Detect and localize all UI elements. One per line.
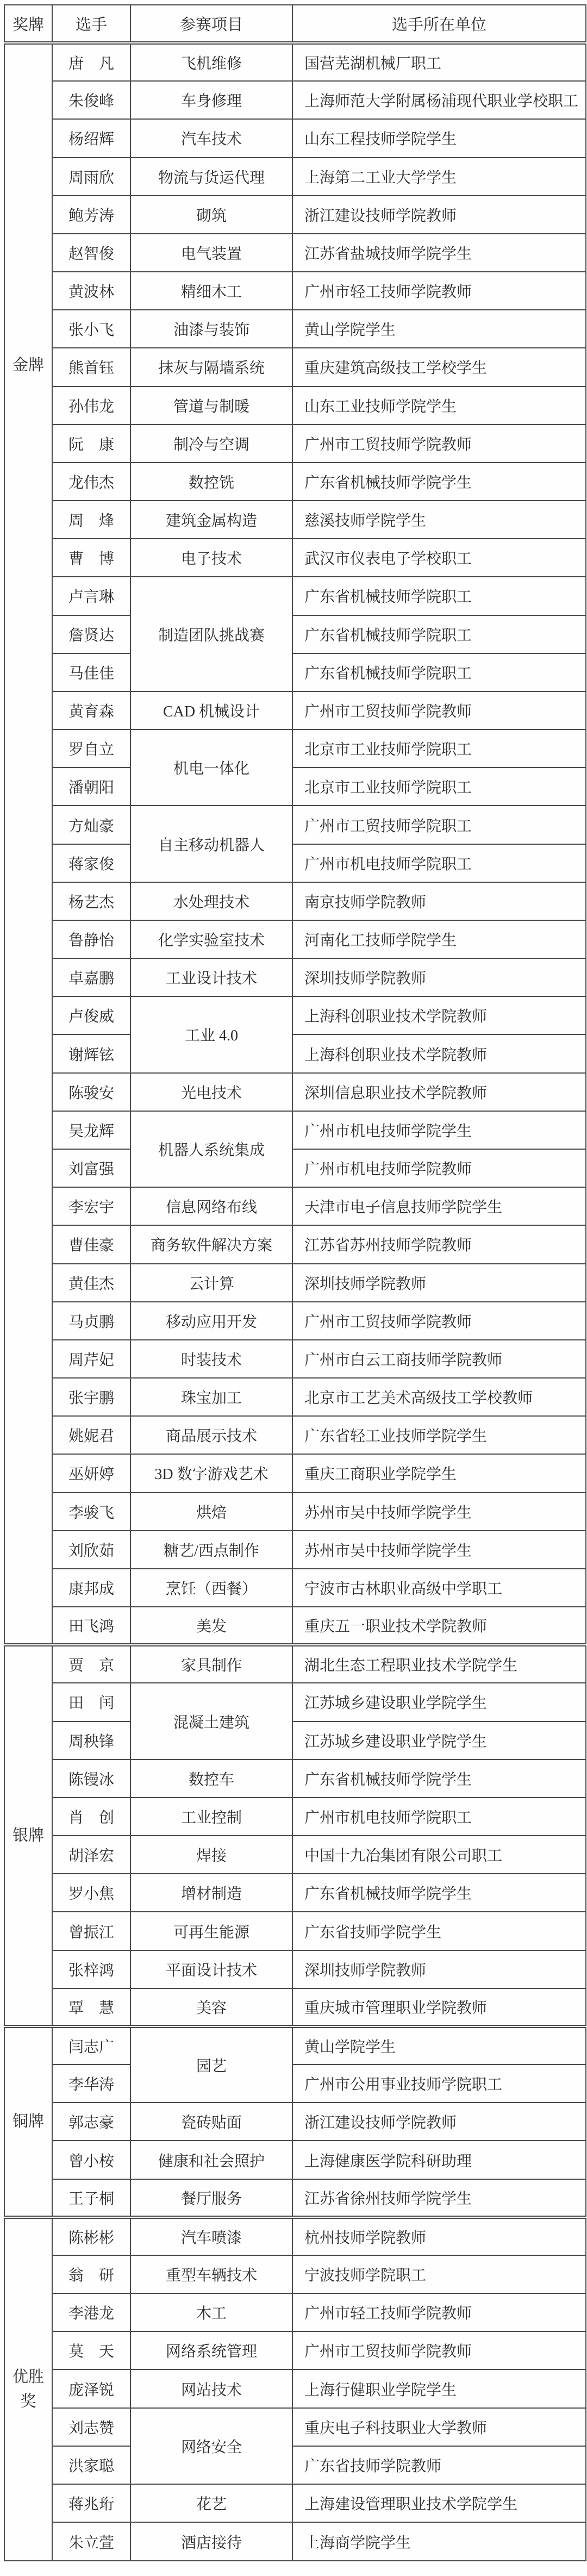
event-cell: 电气装置 xyxy=(130,234,292,272)
table-row: 赵智俊电气装置江苏省盐城技师学院学生 xyxy=(4,234,586,272)
unit-cell: 广州市白云工商技师学院教师 xyxy=(292,1340,586,1378)
contestant-name-cell: 闫志广 xyxy=(52,2026,130,2064)
contestant-name-cell: 黄佳杰 xyxy=(52,1264,130,1302)
contestant-name-cell: 陈镘冰 xyxy=(52,1760,130,1798)
event-cell: 自主移动机器人 xyxy=(130,806,292,882)
event-cell: 建筑金属构造 xyxy=(130,501,292,539)
contestant-name-cell: 朱俊峰 xyxy=(52,81,130,119)
table-row: 陈骏安光电技术深圳信息职业技术学院教师 xyxy=(4,1073,586,1111)
unit-cell: 中国十九冶集团有限公司职工 xyxy=(292,1836,586,1874)
event-cell: 家具制作 xyxy=(130,1645,292,1683)
unit-cell: 广州市工贸技师学院教师 xyxy=(292,1302,586,1340)
event-cell: 精细木工 xyxy=(130,272,292,310)
contestant-name-cell: 孙伟龙 xyxy=(52,386,130,425)
contestant-name-cell: 熊首钰 xyxy=(52,348,130,386)
table-row: 蒋家俊广州市机电技师学院职工 xyxy=(4,844,586,882)
table-row: 曹 博电子技术武汉市仪表电子学校职工 xyxy=(4,539,586,577)
event-cell: 抹灰与隔墙系统 xyxy=(130,348,292,386)
table-row: 刘欣茹糖艺/西点制作苏州市吴中技师学院学生 xyxy=(4,1531,586,1569)
unit-cell: 上海建设管理职业技术学院学生 xyxy=(292,2484,586,2522)
event-cell: 车身修理 xyxy=(130,81,292,119)
contestant-name-cell: 刘富强 xyxy=(52,1149,130,1187)
table-row: 田 闰混凝土建筑江苏城乡建设职业学院学生 xyxy=(4,1683,586,1721)
event-cell: CAD 机械设计 xyxy=(130,691,292,729)
contestant-name-cell: 张小飞 xyxy=(52,310,130,348)
event-cell: 焊接 xyxy=(130,1836,292,1874)
contestant-name-cell: 曹佳豪 xyxy=(52,1225,130,1263)
event-cell: 网络安全 xyxy=(130,2408,292,2484)
contestant-name-cell: 田 闰 xyxy=(52,1683,130,1721)
contestant-name-cell: 张宇鹏 xyxy=(52,1378,130,1416)
unit-cell: 重庆建筑高级技工学校学生 xyxy=(292,348,586,386)
contestant-name-cell: 蒋家俊 xyxy=(52,844,130,882)
unit-cell: 苏州市吴中技师学院学生 xyxy=(292,1493,586,1531)
medal-label: 优胜奖 xyxy=(13,2368,44,2410)
contestant-name-cell: 田飞鸿 xyxy=(52,1607,130,1645)
event-cell: 商品展示技术 xyxy=(130,1416,292,1454)
table-row: 银牌贾 京家具制作湖北生态工程职业技术学院学生 xyxy=(4,1645,586,1683)
page-background: 奖牌 选手 参赛项目 选手所在单位 金牌唐 凡飞机维修国营芜湖机械厂职工朱俊峰车… xyxy=(0,0,587,2576)
contestant-name-cell: 巫妍婷 xyxy=(52,1454,130,1492)
contestant-name-cell: 周 烽 xyxy=(52,501,130,539)
event-cell: 制造团队挑战赛 xyxy=(130,577,292,691)
table-row: 莫 天网络系统管理广州市工贸技师学院教师 xyxy=(4,2331,586,2369)
unit-cell: 广州市机电技师学院职工 xyxy=(292,844,586,882)
contestant-name-cell: 罗自立 xyxy=(52,729,130,768)
contestant-name-cell: 李华涛 xyxy=(52,2064,130,2103)
unit-cell: 广州市公用事业技师学院职工 xyxy=(292,2064,586,2103)
unit-cell: 广州市机电技师学院教师 xyxy=(292,1149,586,1187)
table-row: 杨绍辉汽车技术山东工程技师学院学生 xyxy=(4,119,586,157)
unit-cell: 北京市工业技师学院职工 xyxy=(292,729,586,768)
unit-cell: 江苏省苏州技师学院教师 xyxy=(292,1225,586,1263)
table-row: 朱俊峰车身修理上海师范大学附属杨浦现代职业学校职工 xyxy=(4,81,586,119)
table-row: 罗自立机电一体化北京市工业技师学院职工 xyxy=(4,729,586,768)
table-row: 张宇鹏珠宝加工北京市工艺美术高级技工学校教师 xyxy=(4,1378,586,1416)
contestant-name-cell: 马贞鹏 xyxy=(52,1302,130,1340)
table-row: 谢辉铉上海科创职业技术学院教师 xyxy=(4,1034,586,1072)
table-row: 李骏飞烘焙苏州市吴中技师学院学生 xyxy=(4,1493,586,1531)
contestant-name-cell: 曹 博 xyxy=(52,539,130,577)
contestant-name-cell: 卢言琳 xyxy=(52,577,130,615)
unit-cell: 上海健康医学院科研助理 xyxy=(292,2141,586,2179)
table-row: 李华涛广州市公用事业技师学院职工 xyxy=(4,2064,586,2103)
unit-cell: 广东省机械技师学院学生 xyxy=(292,463,586,501)
table-row: 曾振江可再生能源广东省技师学院学生 xyxy=(4,1912,586,1950)
table-row: 孙伟龙管道与制暖山东工业技师学院学生 xyxy=(4,386,586,425)
table-row: 洪家聪广东省技师学院教师 xyxy=(4,2446,586,2484)
event-cell: 烹饪（西餐） xyxy=(130,1569,292,1607)
unit-cell: 广州市工贸技师学院教师 xyxy=(292,425,586,463)
event-cell: 商务软件解决方案 xyxy=(130,1225,292,1263)
event-cell: 3D 数字游戏艺术 xyxy=(130,1454,292,1492)
table-row: 陈镘冰数控车广东省机械技师学院学生 xyxy=(4,1760,586,1798)
unit-cell: 上海科创职业技术学院教师 xyxy=(292,996,586,1034)
contestant-name-cell: 潘朝阳 xyxy=(52,768,130,806)
table-row: 周雨欣物流与货运代理上海第二工业大学学生 xyxy=(4,158,586,196)
table-row: 卓嘉鹏工业设计技术深圳技师学院教师 xyxy=(4,958,586,996)
contestant-name-cell: 赵智俊 xyxy=(52,234,130,272)
table-row: 朱立萱酒店接待上海商学院学生 xyxy=(4,2522,586,2561)
unit-cell: 重庆工商职业学院学生 xyxy=(292,1454,586,1492)
unit-cell: 上海商学院学生 xyxy=(292,2522,586,2561)
unit-cell: 广东省技师学院教师 xyxy=(292,2446,586,2484)
event-cell: 平面设计技术 xyxy=(130,1950,292,1988)
contestant-name-cell: 卢俊威 xyxy=(52,996,130,1034)
medal-section-cell: 银牌 xyxy=(4,1645,52,2026)
event-cell: 飞机维修 xyxy=(130,43,292,81)
table-row: 曾小桉健康和社会照护上海健康医学院科研助理 xyxy=(4,2141,586,2179)
event-cell: 制冷与空调 xyxy=(130,425,292,463)
unit-cell: 广州市轻工技师学院教师 xyxy=(292,272,586,310)
table-row: 铜牌闫志广园艺黄山学院学生 xyxy=(4,2026,586,2064)
unit-cell: 南京技师学院教师 xyxy=(292,882,586,920)
event-cell: 信息网络布线 xyxy=(130,1187,292,1225)
unit-cell: 慈溪技师学院学生 xyxy=(292,501,586,539)
contestant-name-cell: 杨绍辉 xyxy=(52,119,130,157)
table-row: 金牌唐 凡飞机维修国营芜湖机械厂职工 xyxy=(4,43,586,81)
medal-label: 铜牌 xyxy=(13,2113,44,2130)
table-row: 刘志赞网络安全重庆电子科技职业大学教师 xyxy=(4,2408,586,2446)
contestant-name-cell: 陈彬彬 xyxy=(52,2217,130,2255)
unit-cell: 国营芜湖机械厂职工 xyxy=(292,43,586,81)
unit-cell: 重庆五一职业技术学院教师 xyxy=(292,1607,586,1645)
event-cell: 混凝土建筑 xyxy=(130,1683,292,1759)
contestant-name-cell: 贾 京 xyxy=(52,1645,130,1683)
event-cell: 餐厅服务 xyxy=(130,2179,292,2217)
table-row: 覃 慧美容重庆城市管理职业学院教师 xyxy=(4,1988,586,2026)
contestant-name-cell: 姚妮君 xyxy=(52,1416,130,1454)
unit-cell: 广东省机械技师学院职工 xyxy=(292,577,586,615)
contestant-name-cell: 李骏飞 xyxy=(52,1493,130,1531)
table-row: 翁 研重型车辆技术宁波技师学院职工 xyxy=(4,2255,586,2293)
contestant-name-cell: 方灿豪 xyxy=(52,806,130,844)
contestant-name-cell: 谢辉铉 xyxy=(52,1034,130,1072)
contestant-name-cell: 蒋兆珩 xyxy=(52,2484,130,2522)
contestant-name-cell: 郭志豪 xyxy=(52,2103,130,2141)
table-row: 鲁静怡化学实验室技术河南化工技师学院学生 xyxy=(4,920,586,958)
event-cell: 移动应用开发 xyxy=(130,1302,292,1340)
header-row: 奖牌 选手 参赛项目 选手所在单位 xyxy=(4,5,586,43)
medal-section-cell: 优胜奖 xyxy=(4,2217,52,2561)
table-row: 刘富强广州市机电技师学院教师 xyxy=(4,1149,586,1187)
event-cell: 烘焙 xyxy=(130,1493,292,1531)
event-cell: 汽车喷漆 xyxy=(130,2217,292,2255)
event-cell: 健康和社会照护 xyxy=(130,2141,292,2179)
contestant-name-cell: 刘欣茹 xyxy=(52,1531,130,1569)
unit-cell: 江苏城乡建设职业学院学生 xyxy=(292,1683,586,1721)
contestant-name-cell: 刘志赞 xyxy=(52,2408,130,2446)
contestant-name-cell: 覃 慧 xyxy=(52,1988,130,2026)
unit-cell: 北京市工艺美术高级技工学校教师 xyxy=(292,1378,586,1416)
event-cell: 工业设计技术 xyxy=(130,958,292,996)
contestant-name-cell: 鲁静怡 xyxy=(52,920,130,958)
event-cell: 化学实验室技术 xyxy=(130,920,292,958)
event-cell: 机器人系统集成 xyxy=(130,1111,292,1187)
event-cell: 网络系统管理 xyxy=(130,2331,292,2369)
table-row: 方灿豪自主移动机器人广州市工贸技师学院职工 xyxy=(4,806,586,844)
event-cell: 云计算 xyxy=(130,1264,292,1302)
table-row: 潘朝阳北京市工业技师学院职工 xyxy=(4,768,586,806)
event-cell: 可再生能源 xyxy=(130,1912,292,1950)
table-row: 李港龙木工广州市轻工技师学院教师 xyxy=(4,2293,586,2331)
unit-cell: 宁波市古林职业高级中学职工 xyxy=(292,1569,586,1607)
header-medal: 奖牌 xyxy=(4,5,52,43)
contestant-name-cell: 莫 天 xyxy=(52,2331,130,2369)
event-cell: 酒店接待 xyxy=(130,2522,292,2561)
unit-cell: 湖北生态工程职业技术学院学生 xyxy=(292,1645,586,1683)
table-row: 周芹妃时装技术广州市白云工商技师学院教师 xyxy=(4,1340,586,1378)
unit-cell: 广州市机电技师学院职工 xyxy=(292,1798,586,1836)
event-cell: 木工 xyxy=(130,2293,292,2331)
unit-cell: 江苏省徐州技师学院学生 xyxy=(292,2179,586,2217)
event-cell: 增材制造 xyxy=(130,1874,292,1912)
contestant-name-cell: 张梓鸿 xyxy=(52,1950,130,1988)
table-row: 田飞鸿美发重庆五一职业技术学院教师 xyxy=(4,1607,586,1645)
table-row: 马贞鹏移动应用开发广州市工贸技师学院教师 xyxy=(4,1302,586,1340)
table-row: 詹贤达广东省机械技师学院职工 xyxy=(4,615,586,653)
contestant-name-cell: 洪家聪 xyxy=(52,2446,130,2484)
table-row: 熊首钰抹灰与隔墙系统重庆建筑高级技工学校学生 xyxy=(4,348,586,386)
table-row: 胡泽宏焊接中国十九冶集团有限公司职工 xyxy=(4,1836,586,1874)
medal-table-body: 金牌唐 凡飞机维修国营芜湖机械厂职工朱俊峰车身修理上海师范大学附属杨浦现代职业学… xyxy=(4,43,586,2561)
event-cell: 糖艺/西点制作 xyxy=(130,1531,292,1569)
unit-cell: 深圳技师学院教师 xyxy=(292,1950,586,1988)
event-cell: 工业控制 xyxy=(130,1798,292,1836)
event-cell: 园艺 xyxy=(130,2026,292,2103)
unit-cell: 苏州市吴中技师学院学生 xyxy=(292,1531,586,1569)
unit-cell: 广州市机电技师学院学生 xyxy=(292,1111,586,1149)
contestant-name-cell: 詹贤达 xyxy=(52,615,130,653)
unit-cell: 浙江建设技师学院教师 xyxy=(292,2103,586,2141)
table-row: 卢俊威工业 4.0上海科创职业技术学院教师 xyxy=(4,996,586,1034)
table-row: 罗小焦增材制造广东省机械技师学院学生 xyxy=(4,1874,586,1912)
table-row: 周秧锋江苏城乡建设职业学院学生 xyxy=(4,1722,586,1760)
contestant-name-cell: 鲍芳涛 xyxy=(52,196,130,234)
contestant-name-cell: 李港龙 xyxy=(52,2293,130,2331)
table-row: 郭志豪瓷砖贴面浙江建设技师学院教师 xyxy=(4,2103,586,2141)
medal-section-cell: 铜牌 xyxy=(4,2026,52,2217)
contestant-name-cell: 周芹妃 xyxy=(52,1340,130,1378)
event-cell: 重型车辆技术 xyxy=(130,2255,292,2293)
event-cell: 美发 xyxy=(130,1607,292,1645)
header-unit: 选手所在单位 xyxy=(292,5,586,43)
medal-section-cell: 金牌 xyxy=(4,43,52,1645)
contestant-name-cell: 龙伟杰 xyxy=(52,463,130,501)
unit-cell: 武汉市仪表电子学校职工 xyxy=(292,539,586,577)
unit-cell: 广东省技师学院学生 xyxy=(292,1912,586,1950)
event-cell: 工业 4.0 xyxy=(130,996,292,1072)
contestant-name-cell: 杨艺杰 xyxy=(52,882,130,920)
unit-cell: 江苏城乡建设职业学院学生 xyxy=(292,1722,586,1760)
contestant-name-cell: 唐 凡 xyxy=(52,43,130,81)
table-row: 周 烽建筑金属构造慈溪技师学院学生 xyxy=(4,501,586,539)
table-row: 卢言琳制造团队挑战赛广东省机械技师学院职工 xyxy=(4,577,586,615)
table-row: 鲍芳涛砌筑浙江建设技师学院教师 xyxy=(4,196,586,234)
table-row: 巫妍婷3D 数字游戏艺术重庆工商职业学院学生 xyxy=(4,1454,586,1492)
unit-cell: 上海师范大学附属杨浦现代职业学校职工 xyxy=(292,81,586,119)
header-contestant: 选手 xyxy=(52,5,130,43)
unit-cell: 上海科创职业技术学院教师 xyxy=(292,1034,586,1072)
contestant-name-cell: 吴龙辉 xyxy=(52,1111,130,1149)
unit-cell: 广州市工贸技师学院教师 xyxy=(292,691,586,729)
table-row: 马佳佳广东省机械技师学院职工 xyxy=(4,653,586,691)
table-row: 黄育森CAD 机械设计广州市工贸技师学院教师 xyxy=(4,691,586,729)
table-row: 李宏宇信息网络布线天津市电子信息技师学院学生 xyxy=(4,1187,586,1225)
contestant-name-cell: 曾振江 xyxy=(52,1912,130,1950)
contestant-name-cell: 阮 康 xyxy=(52,425,130,463)
event-cell: 电子技术 xyxy=(130,539,292,577)
unit-cell: 广东省机械技师学院职工 xyxy=(292,653,586,691)
medal-label: 银牌 xyxy=(13,1827,44,1844)
event-cell: 油漆与装饰 xyxy=(130,310,292,348)
event-cell: 瓷砖贴面 xyxy=(130,2103,292,2141)
unit-cell: 江苏省盐城技师学院学生 xyxy=(292,234,586,272)
contestant-name-cell: 庞泽锐 xyxy=(52,2369,130,2407)
table-row: 阮 康制冷与空调广州市工贸技师学院教师 xyxy=(4,425,586,463)
contestant-name-cell: 康邦成 xyxy=(52,1569,130,1607)
table-row: 曹佳豪商务软件解决方案江苏省苏州技师学院教师 xyxy=(4,1225,586,1263)
table-row: 庞泽锐网站技术上海行健职业学院学生 xyxy=(4,2369,586,2407)
unit-cell: 宁波技师学院职工 xyxy=(292,2255,586,2293)
unit-cell: 河南化工技师学院学生 xyxy=(292,920,586,958)
contestant-name-cell: 罗小焦 xyxy=(52,1874,130,1912)
unit-cell: 天津市电子信息技师学院学生 xyxy=(292,1187,586,1225)
event-cell: 花艺 xyxy=(130,2484,292,2522)
event-cell: 机电一体化 xyxy=(130,729,292,806)
unit-cell: 上海行健职业学院学生 xyxy=(292,2369,586,2407)
table-row: 优胜奖陈彬彬汽车喷漆杭州技师学院教师 xyxy=(4,2217,586,2255)
table-row: 张小飞油漆与装饰黄山学院学生 xyxy=(4,310,586,348)
table-row: 黄佳杰云计算深圳技师学院教师 xyxy=(4,1264,586,1302)
event-cell: 珠宝加工 xyxy=(130,1378,292,1416)
event-cell: 汽车技术 xyxy=(130,119,292,157)
unit-cell: 北京市工业技师学院职工 xyxy=(292,768,586,806)
medal-table: 奖牌 选手 参赛项目 选手所在单位 金牌唐 凡飞机维修国营芜湖机械厂职工朱俊峰车… xyxy=(4,4,586,2561)
event-cell: 水处理技术 xyxy=(130,882,292,920)
unit-cell: 广东省机械技师学院职工 xyxy=(292,615,586,653)
contestant-name-cell: 黄育森 xyxy=(52,691,130,729)
unit-cell: 上海第二工业大学学生 xyxy=(292,158,586,196)
unit-cell: 山东工程技师学院学生 xyxy=(292,119,586,157)
table-row: 龙伟杰数控铣广东省机械技师学院学生 xyxy=(4,463,586,501)
unit-cell: 黄山学院学生 xyxy=(292,2026,586,2064)
contestant-name-cell: 周秧锋 xyxy=(52,1722,130,1760)
event-cell: 管道与制暖 xyxy=(130,386,292,425)
unit-cell: 重庆电子科技职业大学教师 xyxy=(292,2408,586,2446)
table-row: 姚妮君商品展示技术广东省轻工业技师学院学生 xyxy=(4,1416,586,1454)
contestant-name-cell: 卓嘉鹏 xyxy=(52,958,130,996)
table-row: 黄波林精细木工广州市轻工技师学院教师 xyxy=(4,272,586,310)
unit-cell: 广东省机械技师学院学生 xyxy=(292,1760,586,1798)
unit-cell: 广东省机械技师学院学生 xyxy=(292,1874,586,1912)
unit-cell: 浙江建设技师学院教师 xyxy=(292,196,586,234)
contestant-name-cell: 陈骏安 xyxy=(52,1073,130,1111)
event-cell: 物流与货运代理 xyxy=(130,158,292,196)
contestant-name-cell: 翁 研 xyxy=(52,2255,130,2293)
unit-cell: 深圳信息职业技术学院教师 xyxy=(292,1073,586,1111)
contestant-name-cell: 黄波林 xyxy=(52,272,130,310)
header-event: 参赛项目 xyxy=(130,5,292,43)
event-cell: 砌筑 xyxy=(130,196,292,234)
medal-label: 金牌 xyxy=(11,45,45,378)
table-row: 王子桐餐厅服务江苏省徐州技师学院学生 xyxy=(4,2179,586,2217)
unit-cell: 广州市轻工技师学院教师 xyxy=(292,2293,586,2331)
unit-cell: 深圳技师学院教师 xyxy=(292,958,586,996)
unit-cell: 广州市工贸技师学院教师 xyxy=(292,2331,586,2369)
event-cell: 时装技术 xyxy=(130,1340,292,1378)
unit-cell: 重庆城市管理职业学院教师 xyxy=(292,1988,586,2026)
contestant-name-cell: 肖 创 xyxy=(52,1798,130,1836)
contestant-name-cell: 曾小桉 xyxy=(52,2141,130,2179)
table-row: 康邦成烹饪（西餐）宁波市古林职业高级中学职工 xyxy=(4,1569,586,1607)
unit-cell: 黄山学院学生 xyxy=(292,310,586,348)
contestant-name-cell: 马佳佳 xyxy=(52,653,130,691)
contestant-name-cell: 胡泽宏 xyxy=(52,1836,130,1874)
event-cell: 美容 xyxy=(130,1988,292,2026)
contestant-name-cell: 李宏宇 xyxy=(52,1187,130,1225)
unit-cell: 广州市工贸技师学院职工 xyxy=(292,806,586,844)
table-row: 肖 创工业控制广州市机电技师学院职工 xyxy=(4,1798,586,1836)
event-cell: 数控车 xyxy=(130,1760,292,1798)
table-row: 吴龙辉机器人系统集成广州市机电技师学院学生 xyxy=(4,1111,586,1149)
table-row: 蒋兆珩花艺上海建设管理职业技术学院学生 xyxy=(4,2484,586,2522)
table-row: 张梓鸿平面设计技术深圳技师学院教师 xyxy=(4,1950,586,1988)
table-row: 杨艺杰水处理技术南京技师学院教师 xyxy=(4,882,586,920)
event-cell: 数控铣 xyxy=(130,463,292,501)
unit-cell: 广东省轻工业技师学院学生 xyxy=(292,1416,586,1454)
contestant-name-cell: 朱立萱 xyxy=(52,2522,130,2561)
event-cell: 光电技术 xyxy=(130,1073,292,1111)
contestant-name-cell: 周雨欣 xyxy=(52,158,130,196)
unit-cell: 深圳技师学院教师 xyxy=(292,1264,586,1302)
contestant-name-cell: 王子桐 xyxy=(52,2179,130,2217)
unit-cell: 山东工业技师学院学生 xyxy=(292,386,586,425)
unit-cell: 杭州技师学院教师 xyxy=(292,2217,586,2255)
event-cell: 网站技术 xyxy=(130,2369,292,2407)
